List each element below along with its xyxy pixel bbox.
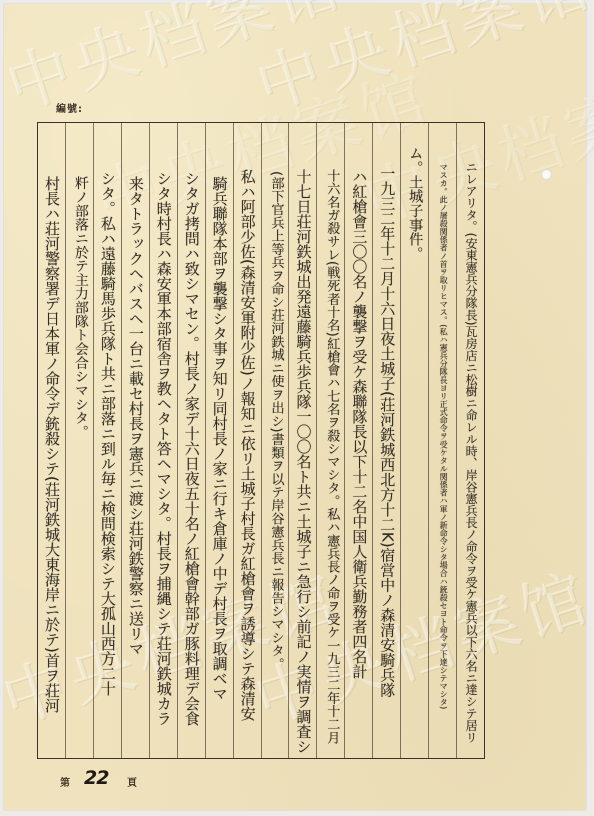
text-column: ニレアリタ。(安東憲兵分隊長)瓦房店ニ松樹ニ命レル時、岸谷憲兵長ノ命令ヲ受ケ憲兵… bbox=[456, 123, 484, 758]
page-number-prefix: 第 bbox=[60, 774, 70, 789]
text-column: 騎兵聯隊本部ヲ襲撃シタ事ヲ知リ同村長ノ家ニ行キ倉庫ノ中デ村長ヲ取調ベマ bbox=[205, 123, 233, 758]
text-column: (部下官兵上等兵ヲ命シ荘河鉄城ニ使ヲ出シ)書類ヲ以テ岸谷憲兵長ニ報告シマシタ。 bbox=[261, 123, 289, 758]
text-column: マスカ。此ノ屠殺関係者ノ首ヲ取リヒマス。(私ハ憲兵分隊長ヨリ正式命令ヲ受ケタル関… bbox=[428, 123, 456, 758]
handwritten-line: 村長ハ荘河警察署デ日本軍ノ命令デ銃殺シテ(荘河鉄城大東海岸ニ於テ)首ヲ荘河 bbox=[38, 176, 66, 756]
handwritten-line: マスカ。此ノ屠殺関係者ノ首ヲ取リヒマス。(私ハ憲兵分隊長ヨリ正式命令ヲ受ケタル関… bbox=[429, 163, 457, 721]
serial-number-label: 編號: bbox=[56, 100, 83, 115]
handwritten-line: ニレアリタ。(安東憲兵分隊長)瓦房店ニ松樹ニ命レル時、岸谷憲兵長ノ命令ヲ受ケ憲兵… bbox=[457, 161, 485, 756]
handwritten-line: 騎兵聯隊本部ヲ襲撃シタ事ヲ知リ同村長ノ家ニ行キ倉庫ノ中デ村長ヲ取調ベマ bbox=[206, 176, 234, 756]
text-column: 来タトラックヘバスヘ一台ニ載セ村長ヲ憲兵ニ渡シ荘河鉄警察ニ送リマ bbox=[121, 123, 149, 758]
handwritten-line: 十六名ガ殺サレ(戦死者十名)紅槍會ハ七名ヲ殺シマシタ。私ハ憲兵長ノ命ヲ受ケ一九三… bbox=[317, 169, 345, 756]
handwritten-line: 粁ノ部落ニ於テ主力部隊ト会合シマシタ。 bbox=[66, 176, 94, 444]
handwritten-line: 一九三二年十二月十六日夜土城子(荘河鉄城西北方十二K)宿営中ノ森清安騎兵隊 bbox=[373, 166, 401, 756]
text-column: 一九三二年十二月十六日夜土城子(荘河鉄城西北方十二K)宿営中ノ森清安騎兵隊 bbox=[372, 123, 400, 758]
text-column: シタ。私ハ遠藤騎馬歩兵隊ト共ニ部落ニ到ル毎ニ検問検索シテ大孤山西方二十 bbox=[93, 123, 121, 758]
text-column: 十七日荘河鉄城出発遠藤騎兵歩兵隊一〇〇名ト共ニ土城子ニ急行シ前記ノ実情ヲ調査シ bbox=[288, 123, 316, 758]
page-number-suffix: 頁 bbox=[127, 774, 137, 789]
text-column: 十六名ガ殺サレ(戦死者十名)紅槍會ハ七名ヲ殺シマシタ。私ハ憲兵長ノ命ヲ受ケ一九三… bbox=[316, 123, 344, 758]
handwritten-line: 来タトラックヘバスヘ一台ニ載セ村長ヲ憲兵ニ渡シ荘河鉄警察ニ送リマ bbox=[122, 176, 150, 729]
text-column: シタ時村長ハ森安軍本部宿舎ヲ教ヘタト答ヘマシタ。村長ヲ捕縄シテ荘河鉄城カラ bbox=[149, 123, 177, 758]
handwritten-line: シタ。私ハ遠藤騎馬歩兵隊ト共ニ部落ニ到ル毎ニ検問検索シテ大孤山西方二十 bbox=[94, 171, 122, 756]
handwritten-line: ハ紅槍會三〇〇名ノ襲撃ヲ受ケ森聯隊長以下十二名中国人衛兵勤務者四名計 bbox=[345, 169, 373, 756]
handwritten-line: シタ時村長ハ森安軍本部宿舎ヲ教ヘタト答ヘマシタ。村長ヲ捕縄シテ荘河鉄城カラ bbox=[150, 171, 178, 756]
text-column: 村長ハ荘河警察署デ日本軍ノ命令デ銃殺シテ(荘河鉄城大東海岸ニ於テ)首ヲ荘河 bbox=[38, 123, 65, 758]
text-column: ム。土城子事件。 bbox=[400, 123, 428, 758]
text-column: シタガ拷問ハ致シマセン。村長ノ家デ十六日夜五十名ノ紅槍會幹部ガ豚料理デ会食 bbox=[177, 123, 205, 758]
text-column: ハ紅槍會三〇〇名ノ襲撃ヲ受ケ森聯隊長以下十二名中国人衛兵勤務者四名計 bbox=[344, 123, 372, 758]
ruled-writing-grid: ニレアリタ。(安東憲兵分隊長)瓦房店ニ松樹ニ命レル時、岸谷憲兵長ノ命令ヲ受ケ憲兵… bbox=[37, 122, 485, 759]
section-heading: ム。土城子事件。 bbox=[401, 146, 429, 263]
punch-hole bbox=[541, 169, 552, 180]
text-column: 粁ノ部落ニ於テ主力部隊ト会合シマシタ。 bbox=[65, 123, 93, 758]
handwritten-line: シタガ拷問ハ致シマセン。村長ノ家デ十六日夜五十名ノ紅槍會幹部ガ豚料理デ会食 bbox=[178, 171, 206, 756]
handwritten-line: 私ハ阿部少佐(森清安軍附少佐)ノ報知ニ依リ土城子村長ガ紅槍會ヲ誘導シテ森清安 bbox=[234, 169, 262, 756]
handwritten-line: (部下官兵上等兵ヲ命シ荘河鉄城ニ使ヲ出シ)書類ヲ以テ岸谷憲兵長ニ報告シマシタ。 bbox=[262, 171, 290, 681]
text-column: 私ハ阿部少佐(森清安軍附少佐)ノ報知ニ依リ土城子村長ガ紅槍會ヲ誘導シテ森清安 bbox=[233, 123, 261, 758]
handwritten-line: 十七日荘河鉄城出発遠藤騎兵歩兵隊一〇〇名ト共ニ土城子ニ急行シ前記ノ実情ヲ調査シ bbox=[289, 169, 317, 756]
page-number: 22 bbox=[84, 767, 108, 789]
